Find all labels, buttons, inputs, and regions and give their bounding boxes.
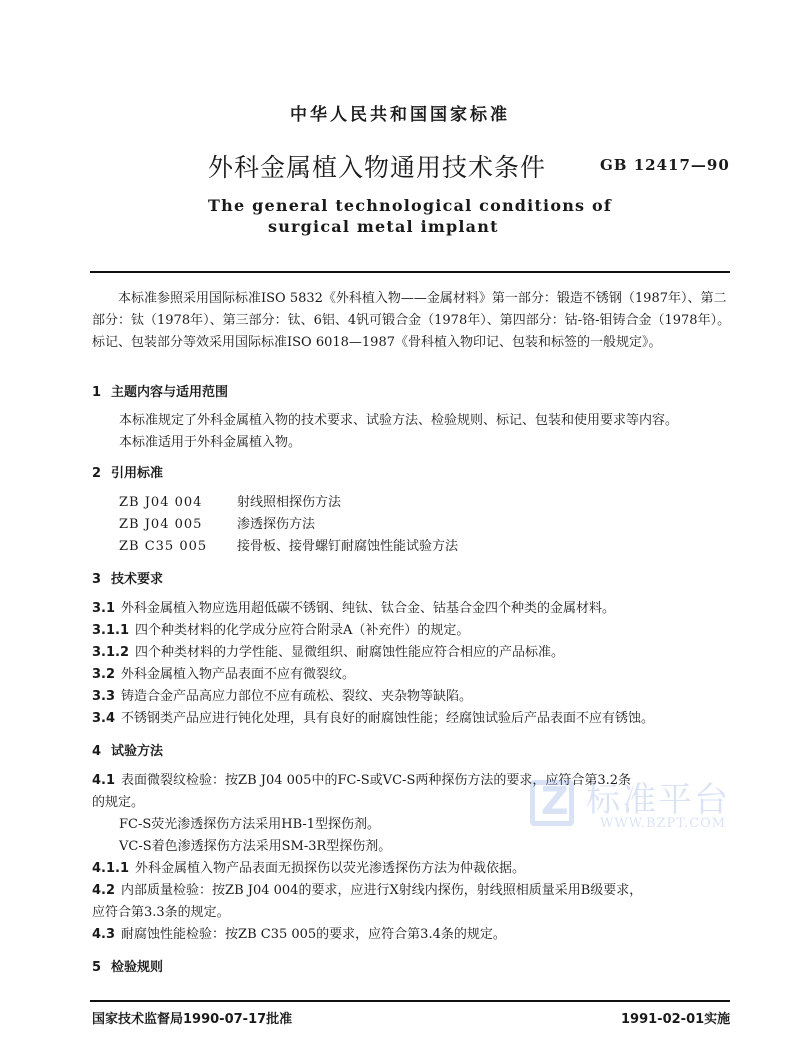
clause-text: 外科金属植入物产品表面不应有微裂纹。 xyxy=(121,667,355,682)
section-number: 4 xyxy=(92,744,101,759)
reference-title: 射线照相探伤方法 xyxy=(237,495,341,510)
clause: 3.2外科金属植入物产品表面不应有微裂纹。 xyxy=(92,663,355,682)
document-title-en-line2: surgical metal implant xyxy=(268,217,499,236)
clause-continuation: 的规定。 xyxy=(92,791,144,810)
clause: 3.1外科金属植入物应选用超低碳不锈钢、纯钛、钛合金、钴基合金四个种类的金属材料… xyxy=(92,597,615,616)
clause-number: 3.2 xyxy=(92,667,115,682)
effective-date: 1991-02-01实施 xyxy=(621,1008,730,1027)
clause-text: 表面微裂纹检验：按ZB J04 005中的FC-S或VC-S两种探伤方法的要求，… xyxy=(121,773,631,788)
section-1-heading: 1主题内容与适用范围 xyxy=(92,381,228,400)
reference-code: ZB J04 005 xyxy=(119,517,237,532)
footer-divider xyxy=(90,1000,730,1002)
section-number: 1 xyxy=(92,385,101,400)
header-divider xyxy=(90,271,730,273)
reference-item: ZB J04 004射线照相探伤方法 xyxy=(119,491,341,510)
clause-text: 外科金属植入物应选用超低碳不锈钢、纯钛、钛合金、钴基合金四个种类的金属材料。 xyxy=(121,601,615,616)
clause: 3.1.1四个种类材料的化学成分应符合附录A（补充件）的规定。 xyxy=(92,619,469,638)
clause: 4.1.1外科金属植入物产品表面无损探伤以荧光渗透探伤方法为仲裁依据。 xyxy=(92,857,525,876)
section-title: 主题内容与适用范围 xyxy=(111,385,228,400)
clause-text: 内部质量检验：按ZB J04 004的要求，应进行X射线内探伤，射线照相质量采用… xyxy=(121,883,642,898)
section-title: 技术要求 xyxy=(111,572,163,587)
section-number: 2 xyxy=(92,466,101,481)
clause-text: 铸造合金产品高应力部位不应有疏松、裂纹、夹杂物等缺陷。 xyxy=(121,689,472,704)
reference-item: ZB C35 005接骨板、接骨螺钉耐腐蚀性能试验方法 xyxy=(119,535,458,554)
issuing-organization: 中华人民共和国国家标准 xyxy=(0,100,800,125)
clause-number: 4.1 xyxy=(92,773,115,788)
standard-code: GB 12417—90 xyxy=(600,156,730,174)
clause-number: 3.1.2 xyxy=(92,645,129,660)
reference-title: 接骨板、接骨螺钉耐腐蚀性能试验方法 xyxy=(237,539,458,554)
section-1-line: 本标准适用于外科金属植入物。 xyxy=(119,431,301,450)
reference-code: ZB C35 005 xyxy=(119,539,237,554)
section-title: 试验方法 xyxy=(111,744,163,759)
clause: 3.4不锈钢类产品应进行钝化处理，具有良好的耐腐蚀性能；经腐蚀试验后产品表面不应… xyxy=(92,707,654,726)
clause-number: 3.3 xyxy=(92,689,115,704)
clause-text: 四个种类材料的力学性能、显微组织、耐腐蚀性能应符合相应的产品标准。 xyxy=(135,645,564,660)
approval-date: 国家技术监督局1990-07-17批准 xyxy=(92,1008,292,1027)
clause-subline: VC-S着色渗透探伤方法采用SM-3R型探伤剂。 xyxy=(119,835,391,854)
intro-paragraph: 本标准参照采用国际标准ISO 5832《外科植入物——金属材料》第一部分：锻造不… xyxy=(92,288,732,354)
clause-number: 4.1.1 xyxy=(92,861,129,876)
clause-subline: FC-S荧光渗透探伤方法采用HB-1型探伤剂。 xyxy=(119,813,380,832)
clause-number: 3.1 xyxy=(92,601,115,616)
document-title-en-line1: The general technological conditions of xyxy=(208,196,612,215)
clause-number: 4.3 xyxy=(92,927,115,942)
clause: 3.3铸造合金产品高应力部位不应有疏松、裂纹、夹杂物等缺陷。 xyxy=(92,685,472,704)
watermark-url: WWW.BZPT.COM xyxy=(600,816,726,831)
clause: 3.1.2四个种类材料的力学性能、显微组织、耐腐蚀性能应符合相应的产品标准。 xyxy=(92,641,564,660)
clause-number: 3.1.1 xyxy=(92,623,129,638)
clause-continuation: 应符合第3.3条的规定。 xyxy=(92,901,230,920)
section-title: 检验规则 xyxy=(111,960,163,975)
clause-text: 耐腐蚀性能检验：按ZB C35 005的要求，应符合第3.4条的规定。 xyxy=(121,927,506,942)
reference-item: ZB J04 005渗透探伤方法 xyxy=(119,513,315,532)
document-title-cn: 外科金属植入物通用技术条件 xyxy=(208,148,546,184)
section-title: 引用标准 xyxy=(111,466,163,481)
clause-text: 四个种类材料的化学成分应符合附录A（补充件）的规定。 xyxy=(135,623,469,638)
clause-number: 4.2 xyxy=(92,883,115,898)
section-3-heading: 3技术要求 xyxy=(92,568,163,587)
clause-text: 外科金属植入物产品表面无损探伤以荧光渗透探伤方法为仲裁依据。 xyxy=(135,861,525,876)
section-number: 5 xyxy=(92,960,101,975)
clause: 4.2内部质量检验：按ZB J04 004的要求，应进行X射线内探伤，射线照相质… xyxy=(92,879,642,898)
section-number: 3 xyxy=(92,572,101,587)
clause: 4.3耐腐蚀性能检验：按ZB C35 005的要求，应符合第3.4条的规定。 xyxy=(92,923,506,942)
clause-text: 不锈钢类产品应进行钝化处理，具有良好的耐腐蚀性能；经腐蚀试验后产品表面不应有锈蚀… xyxy=(121,711,654,726)
section-2-heading: 2引用标准 xyxy=(92,462,163,481)
reference-title: 渗透探伤方法 xyxy=(237,517,315,532)
clause: 4.1表面微裂纹检验：按ZB J04 005中的FC-S或VC-S两种探伤方法的… xyxy=(92,769,631,788)
section-5-heading: 5检验规则 xyxy=(92,956,163,975)
section-4-heading: 4试验方法 xyxy=(92,740,163,759)
reference-code: ZB J04 004 xyxy=(119,495,237,510)
section-1-line: 本标准规定了外科金属植入物的技术要求、试验方法、检验规则、标记、包装和使用要求等… xyxy=(119,409,678,428)
clause-number: 3.4 xyxy=(92,711,115,726)
